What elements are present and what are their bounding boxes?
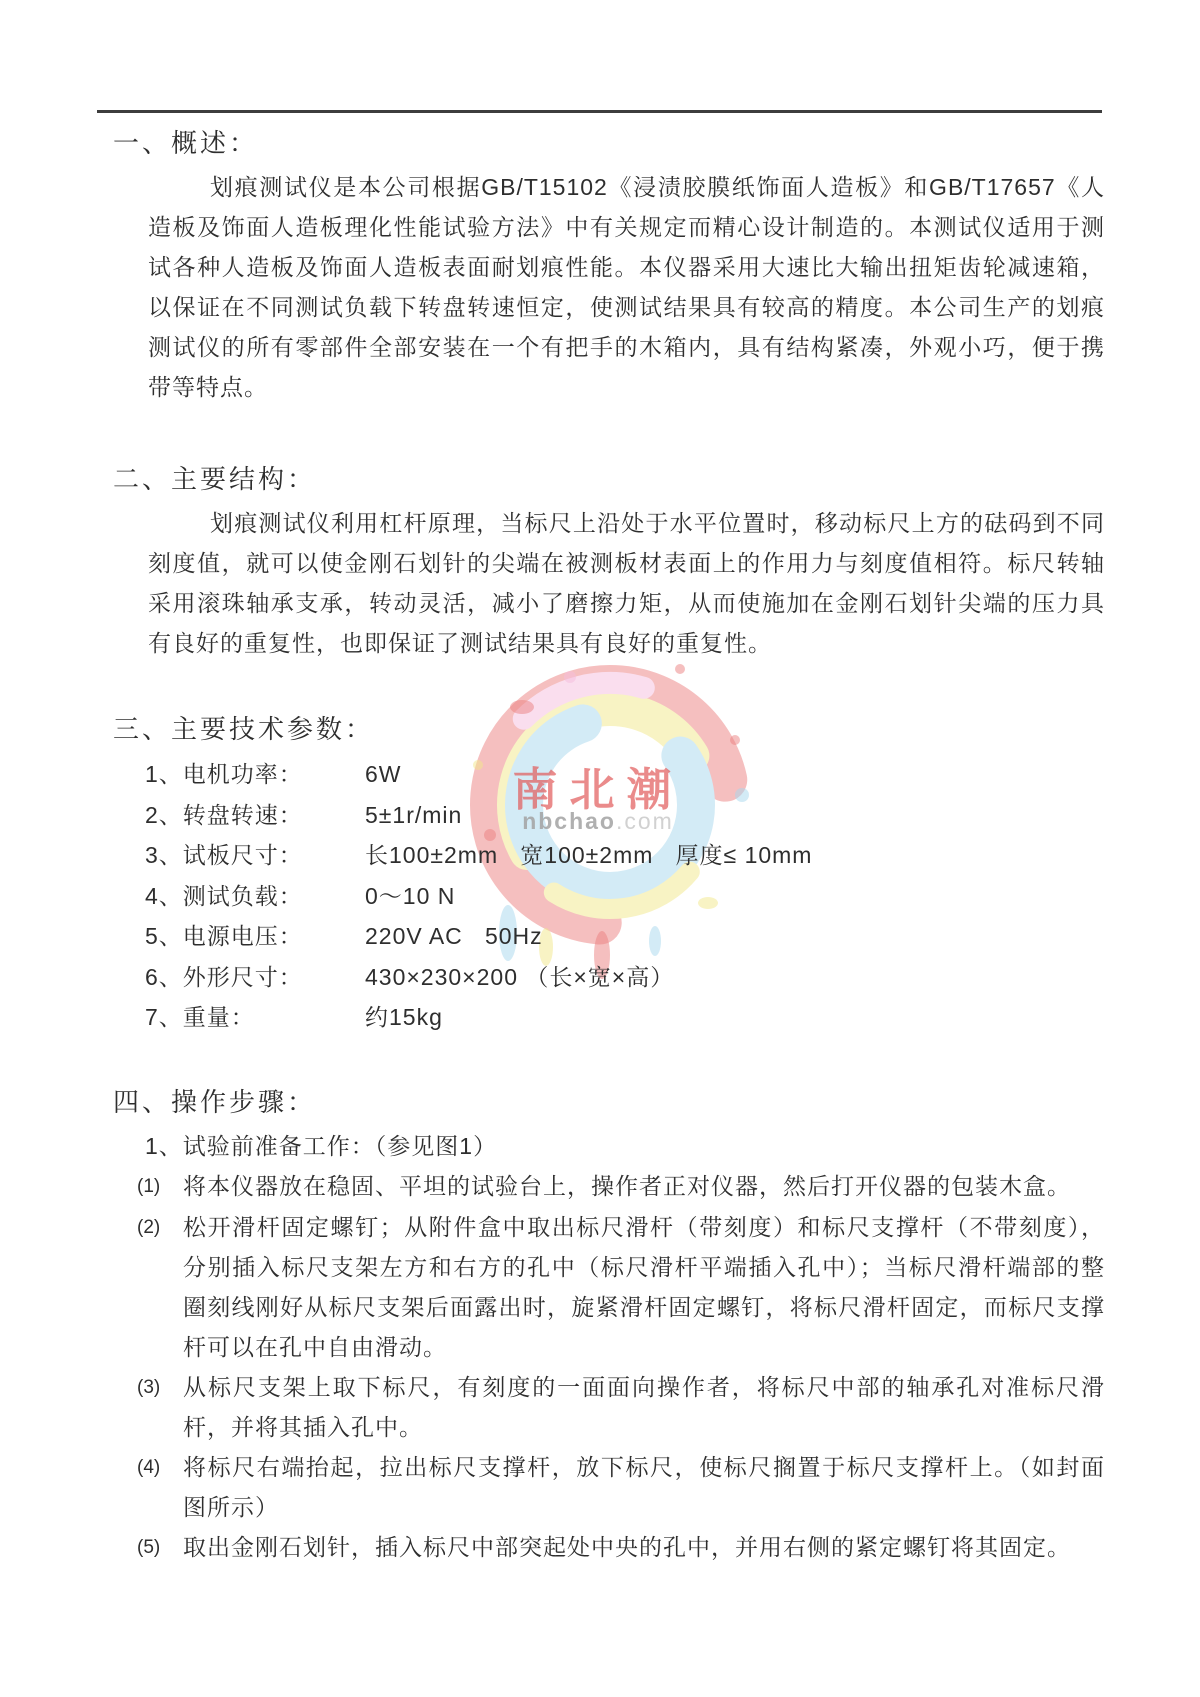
step-item-1: (1)将本仪器放在稳固、平坦的试验台上，操作者正对仪器，然后打开仪器的包装木盒。 bbox=[137, 1166, 1105, 1207]
preparation-subheading: 1、试验前准备工作：（参见图1） bbox=[145, 1126, 1105, 1166]
param-value: 220V AC 50Hz bbox=[365, 916, 543, 957]
step-item-3: (3)从标尺支架上取下标尺，有刻度的一面面向操作者，将标尺中部的轴承孔对准标尺滑… bbox=[137, 1367, 1105, 1447]
param-row-power-supply: 5、电源电压：220V AC 50Hz bbox=[145, 916, 1105, 957]
param-row-dimensions: 6、外形尺寸：430×230×200 （长×宽×高） bbox=[145, 957, 1105, 998]
step-number: (2) bbox=[137, 1207, 183, 1248]
parameter-list: 1、电机功率：6W 2、转盘转速：5±1r/min 3、试板尺寸：长100±2m… bbox=[145, 754, 1105, 1038]
document-content: 一、概述： 划痕测试仪是本公司根据GB/T15102《浸渍胶膜纸饰面人造板》和G… bbox=[113, 113, 1105, 1568]
step-text: 将本仪器放在稳固、平坦的试验台上，操作者正对仪器，然后打开仪器的包装木盒。 bbox=[183, 1166, 1105, 1206]
step-number: (3) bbox=[137, 1367, 183, 1408]
section-operation-heading: 四、操作步骤： bbox=[113, 1082, 1105, 1122]
step-number: (4) bbox=[137, 1447, 183, 1488]
step-item-4: (4)将标尺右端抬起，拉出标尺支撑杆，放下标尺，使标尺搁置于标尺支撑杆上。（如封… bbox=[137, 1447, 1105, 1527]
overview-paragraph: 划痕测试仪是本公司根据GB/T15102《浸渍胶膜纸饰面人造板》和GB/T176… bbox=[148, 167, 1105, 407]
step-item-2: (2)松开滑杆固定螺钉；从附件盒中取出标尺滑杆（带刻度）和标尺支撑杆（不带刻度）… bbox=[137, 1207, 1105, 1367]
section-parameters-heading: 三、主要技术参数： bbox=[113, 709, 1105, 749]
structure-paragraph: 划痕测试仪利用杠杆原理，当标尺上沿处于水平位置时，移动标尺上方的砝码到不同刻度值… bbox=[148, 503, 1105, 663]
step-item-5: (5)取出金刚石划针，插入标尺中部突起处中央的孔中，并用右侧的紧定螺钉将其固定。 bbox=[137, 1527, 1105, 1568]
section-overview-heading: 一、概述： bbox=[113, 123, 1105, 163]
param-row-turntable-speed: 2、转盘转速：5±1r/min bbox=[145, 795, 1105, 836]
step-text: 从标尺支架上取下标尺，有刻度的一面面向操作者，将标尺中部的轴承孔对准标尺滑杆，并… bbox=[183, 1367, 1105, 1447]
param-row-board-size: 3、试板尺寸：长100±2mm 宽100±2mm 厚度≤ 10mm bbox=[145, 835, 1105, 876]
manual-document-page: 南北潮 nbchao.com 一、概述： 划痕测试仪是本公司根据GB/T1510… bbox=[0, 0, 1200, 1697]
param-label: 3、试板尺寸： bbox=[145, 835, 365, 876]
param-value: 430×230×200 （长×宽×高） bbox=[365, 957, 674, 998]
param-value: 约15kg bbox=[365, 997, 443, 1038]
param-value: 5±1r/min bbox=[365, 795, 462, 836]
param-label: 2、转盘转速： bbox=[145, 795, 365, 836]
param-label: 6、外形尺寸： bbox=[145, 957, 365, 998]
param-label: 5、电源电压： bbox=[145, 916, 365, 957]
param-value: 0～10 N bbox=[365, 876, 455, 917]
step-number: (1) bbox=[137, 1166, 183, 1207]
step-text: 将标尺右端抬起，拉出标尺支撑杆，放下标尺，使标尺搁置于标尺支撑杆上。（如封面图所… bbox=[183, 1447, 1105, 1527]
operation-step-list: (1)将本仪器放在稳固、平坦的试验台上，操作者正对仪器，然后打开仪器的包装木盒。… bbox=[137, 1166, 1105, 1568]
param-row-test-load: 4、测试负载：0～10 N bbox=[145, 876, 1105, 917]
section-structure-heading: 二、主要结构： bbox=[113, 459, 1105, 499]
step-number: (5) bbox=[137, 1527, 183, 1568]
param-label: 4、测试负载： bbox=[145, 876, 365, 917]
step-text: 取出金刚石划针，插入标尺中部突起处中央的孔中，并用右侧的紧定螺钉将其固定。 bbox=[183, 1527, 1105, 1567]
param-value: 6W bbox=[365, 754, 402, 795]
param-label: 1、电机功率： bbox=[145, 754, 365, 795]
param-row-motor-power: 1、电机功率：6W bbox=[145, 754, 1105, 795]
param-label: 7、重量： bbox=[145, 997, 365, 1038]
param-value: 长100±2mm 宽100±2mm 厚度≤ 10mm bbox=[365, 835, 812, 876]
param-row-weight: 7、重量：约15kg bbox=[145, 997, 1105, 1038]
step-text: 松开滑杆固定螺钉；从附件盒中取出标尺滑杆（带刻度）和标尺支撑杆（不带刻度），分别… bbox=[183, 1207, 1105, 1367]
